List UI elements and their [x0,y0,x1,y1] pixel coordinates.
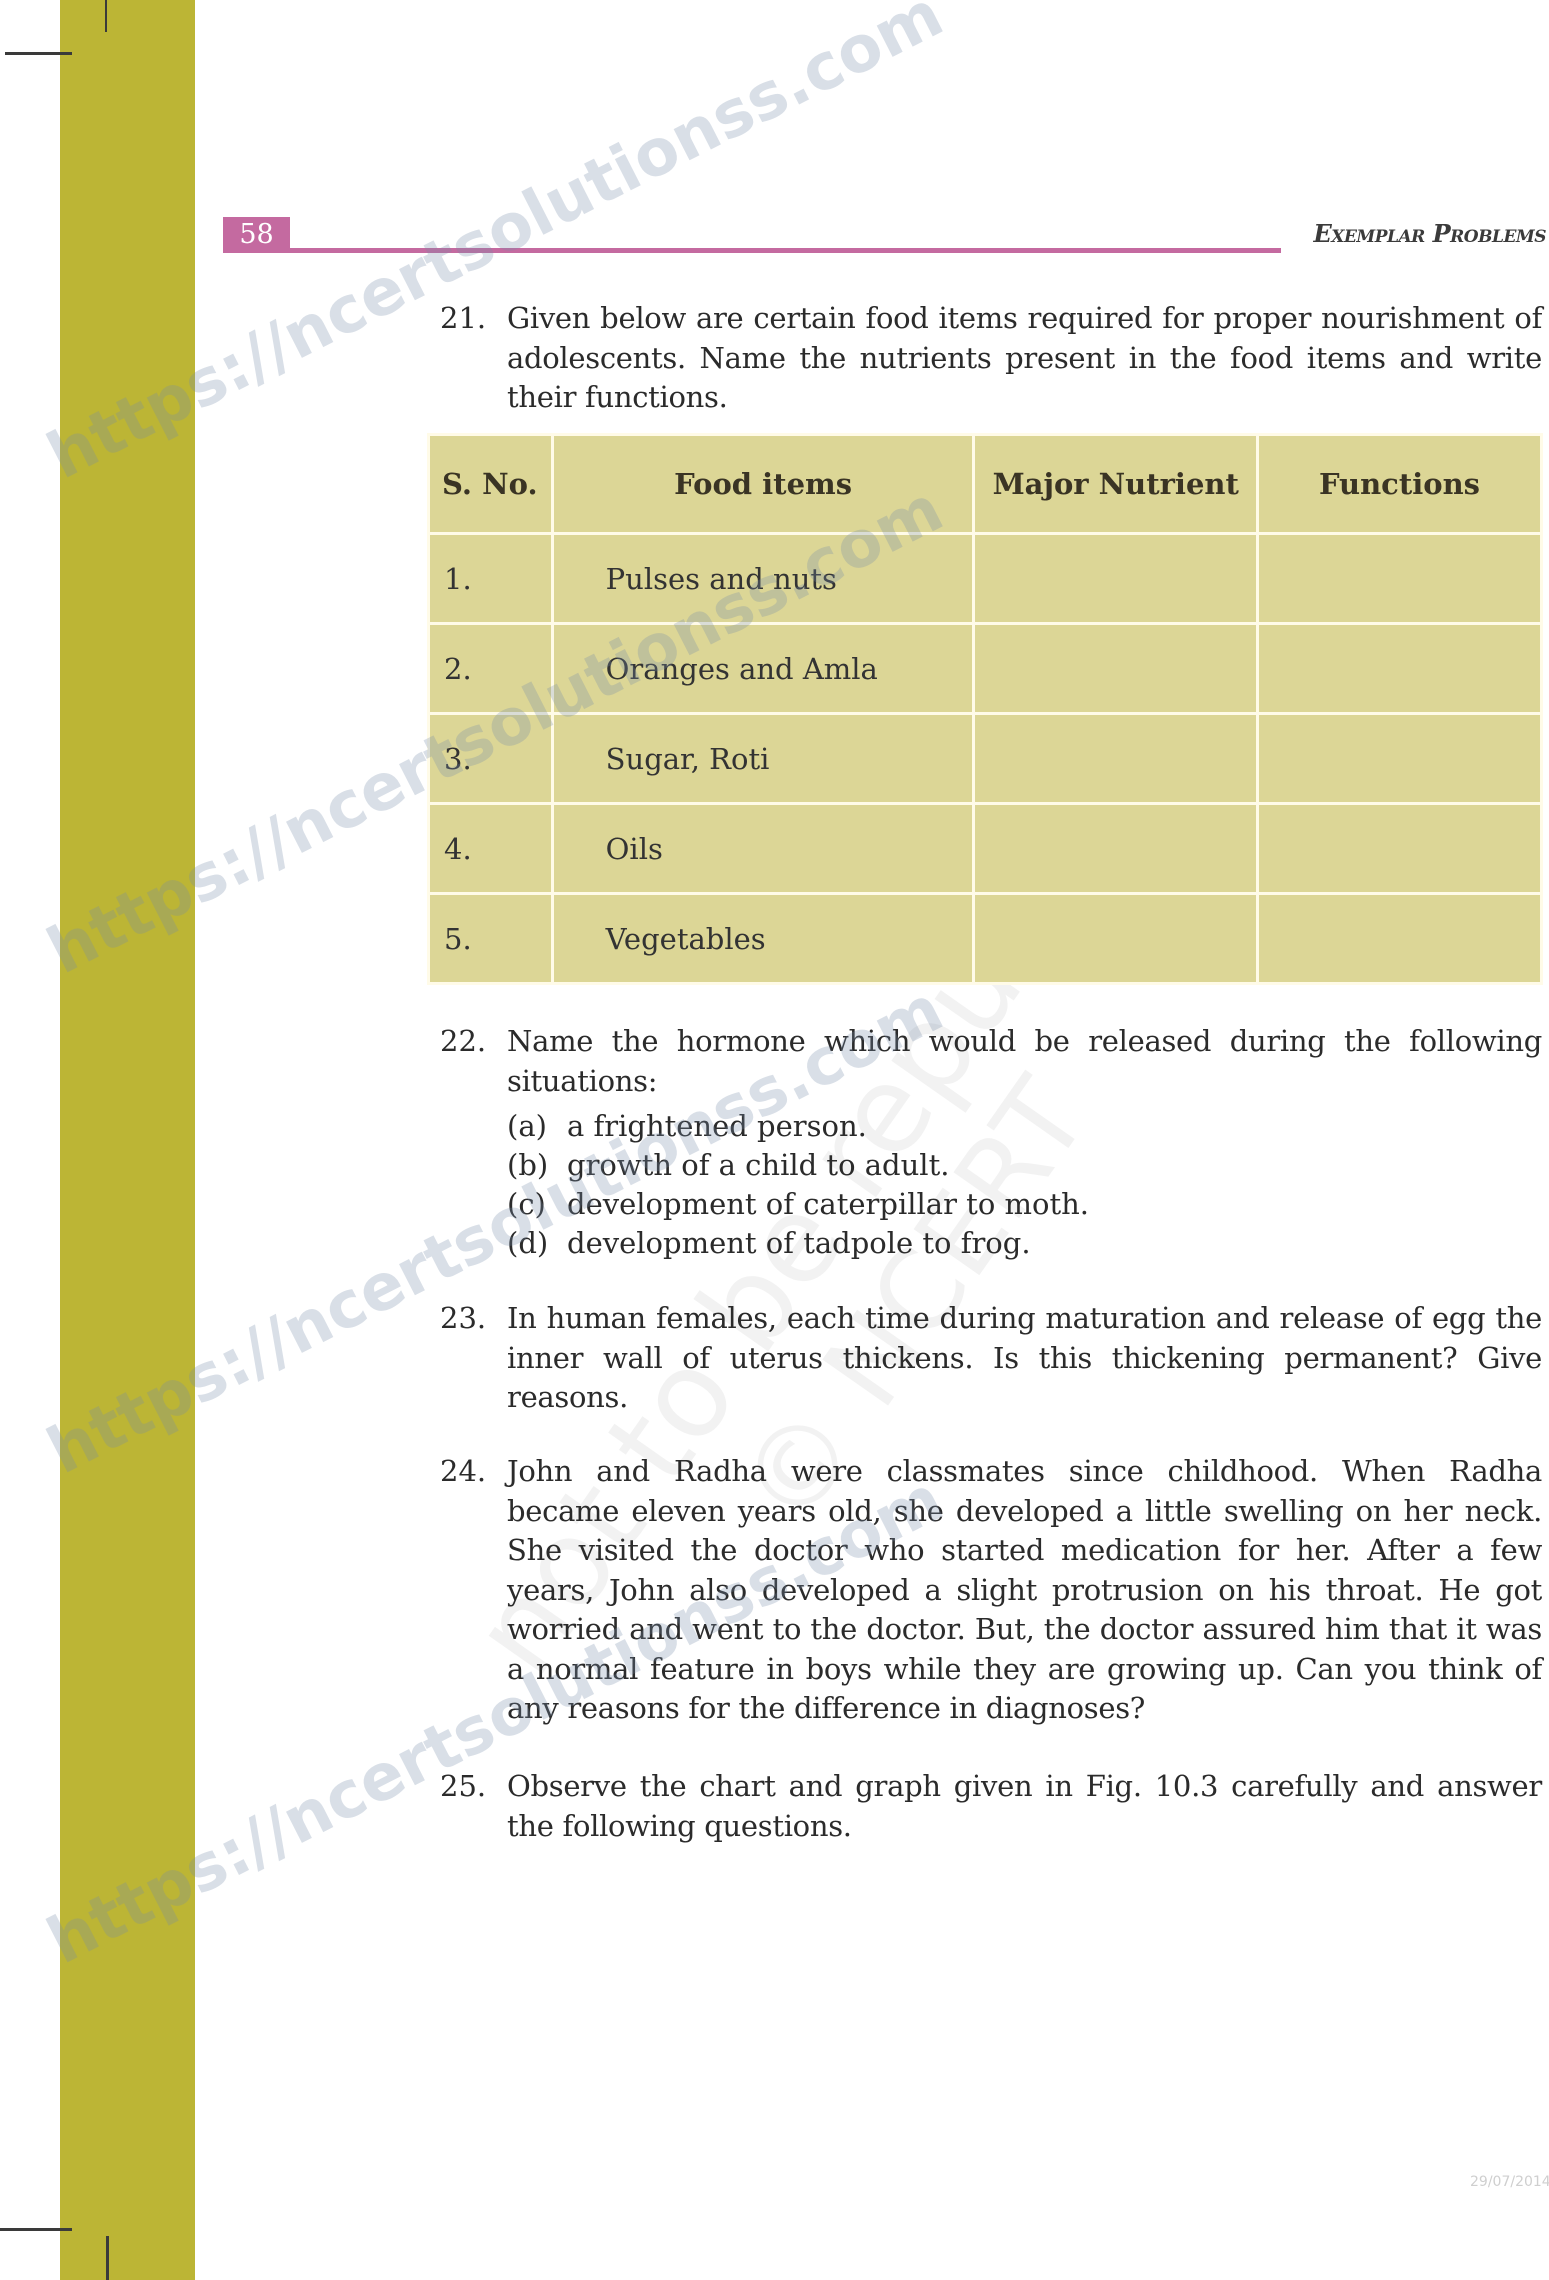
cell-food-item: Oils [554,805,973,892]
question-number: 25. [440,1767,506,1807]
cell-nutrient [975,895,1255,982]
question-25: 25. Observe the chart and graph given in… [440,1767,1542,1846]
crop-mark [0,2228,72,2231]
sub-question-label: (b) [507,1146,563,1186]
table-row: 5. Vegetables [430,895,1540,982]
question-text: In human females, each time during matur… [507,1299,1542,1418]
question-21: 21. Given below are certain food items r… [440,299,1542,418]
cell-nutrient [975,535,1255,622]
sub-question: (d) development of tadpole to frog. [507,1224,1542,1263]
left-color-band [60,0,195,2280]
book-title: Exemplar Problems [1284,219,1546,248]
cell-nutrient [975,625,1255,712]
table-row: 1. Pulses and nuts [430,535,1540,622]
sub-question-text: growth of a child to adult. [567,1146,1542,1186]
sub-question: (a) a frightened person. [507,1107,1542,1146]
crop-mark [5,52,72,55]
question-number: 24. [440,1452,506,1492]
food-nutrient-table: S. No. Food items Major Nutrient Functio… [427,433,1543,985]
sub-question: (b) growth of a child to adult. [507,1146,1542,1185]
question-number: 22. [440,1022,506,1062]
print-code: 29/07/2014 [1470,2174,1549,2190]
cell-sno: 4. [430,805,551,892]
cell-sno: 5. [430,895,551,982]
sub-question-list: (a) a frightened person. (b) growth of a… [507,1107,1542,1263]
question-text: Name the hormone which would be released… [507,1022,1542,1101]
sub-question-text: a frightened person. [567,1107,1542,1147]
column-header: Functions [1259,436,1540,532]
column-header: Food items [554,436,973,532]
question-text: Observe the chart and graph given in Fig… [507,1767,1542,1846]
cell-functions [1259,625,1540,712]
table-row: 2. Oranges and Amla [430,625,1540,712]
column-header: Major Nutrient [975,436,1255,532]
cell-functions [1259,895,1540,982]
header-rule [223,248,1281,253]
table-header-row: S. No. Food items Major Nutrient Functio… [430,436,1540,532]
cell-food-item: Oranges and Amla [554,625,973,712]
sub-question-label: (c) [507,1185,563,1225]
question-number: 21. [440,299,506,339]
cell-functions [1259,535,1540,622]
crop-mark [105,0,107,32]
cell-sno: 3. [430,715,551,802]
table-row: 3. Sugar, Roti [430,715,1540,802]
question-number: 23. [440,1299,506,1339]
crop-mark [106,2236,109,2280]
cell-food-item: Pulses and nuts [554,535,973,622]
cell-food-item: Vegetables [554,895,973,982]
question-text: John and Radha were classmates since chi… [507,1452,1542,1729]
sub-question-label: (a) [507,1107,563,1147]
cell-functions [1259,805,1540,892]
cell-sno: 2. [430,625,551,712]
question-24: 24. John and Radha were classmates since… [440,1452,1542,1729]
question-22: 22. Name the hormone which would be rele… [440,1022,1542,1263]
cell-nutrient [975,715,1255,802]
sub-question-label: (d) [507,1224,563,1264]
cell-functions [1259,715,1540,802]
cell-food-item: Sugar, Roti [554,715,973,802]
table-row: 4. Oils [430,805,1540,892]
cell-nutrient [975,805,1255,892]
sub-question-text: development of caterpillar to moth. [567,1185,1542,1225]
question-text: Given below are certain food items requi… [507,299,1542,418]
cell-sno: 1. [430,535,551,622]
question-23: 23. In human females, each time during m… [440,1299,1542,1418]
column-header: S. No. [430,436,551,532]
sub-question-text: development of tadpole to frog. [567,1224,1542,1264]
sub-question: (c) development of caterpillar to moth. [507,1185,1542,1224]
